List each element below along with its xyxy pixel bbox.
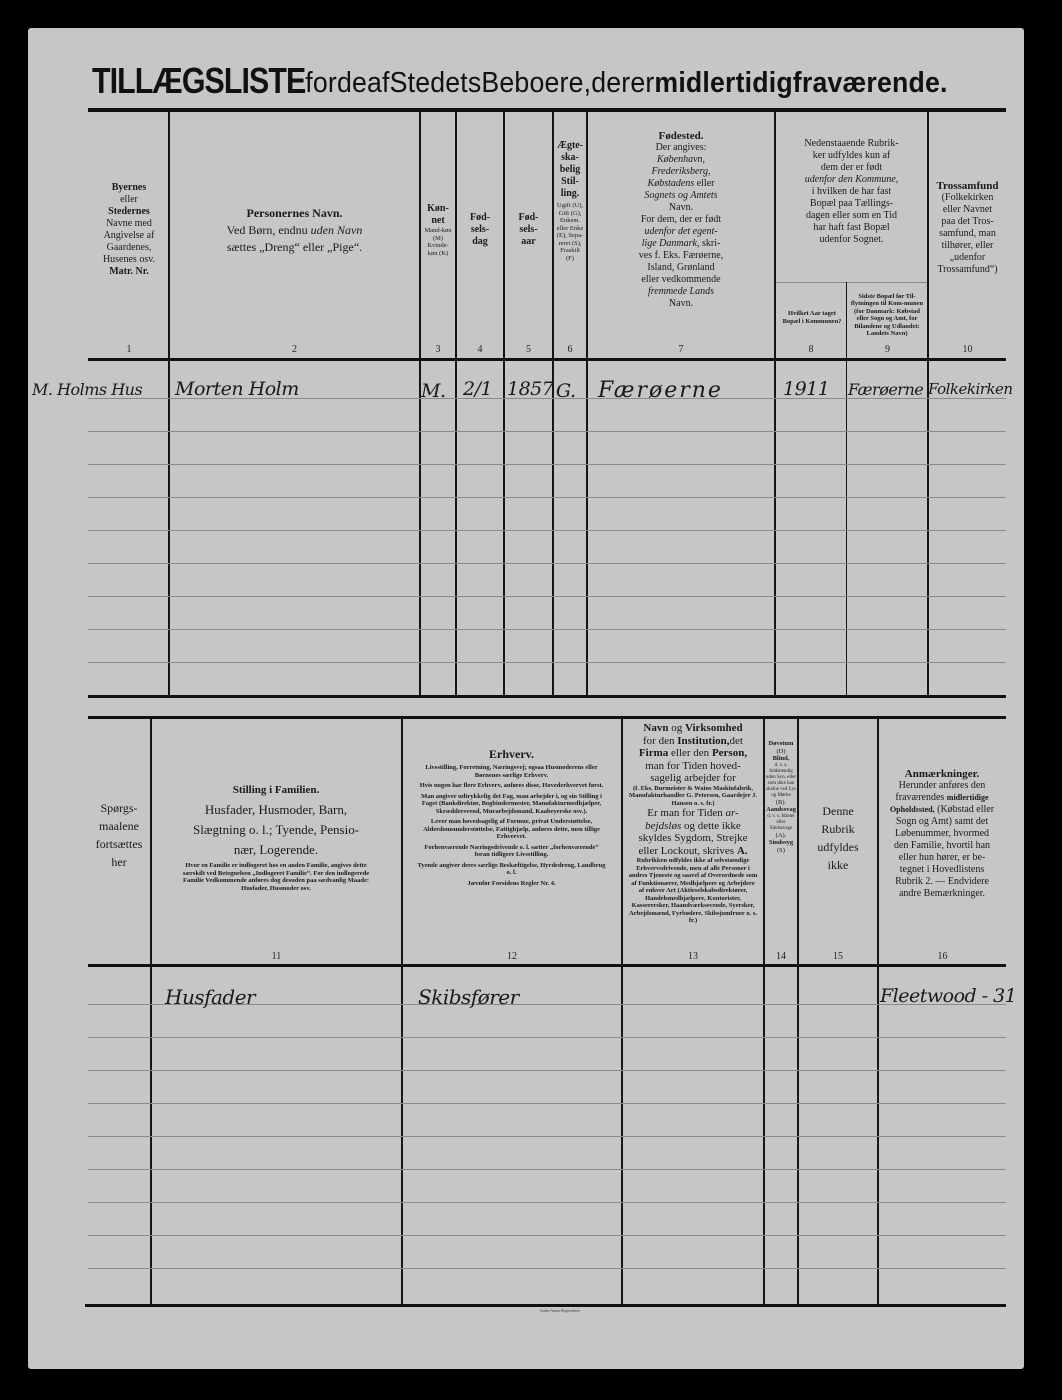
header-col3-sex: Køn- net Mand-køn (M) Kvinde-køn (K)	[421, 190, 455, 270]
cell-place[interactable]: M. Holms Hus	[32, 380, 142, 399]
column-number: 5	[505, 344, 552, 355]
cell-occupation[interactable]: Skibsfører	[418, 985, 519, 1009]
upper-header-bottom-rule	[88, 358, 1006, 361]
cell-marital[interactable]: G.	[556, 380, 576, 402]
column-number: 10	[929, 344, 1006, 355]
title-word: Beboere,	[481, 67, 591, 100]
header-col6-marital: Ægte- ska- belig Stil- ling. Ugift (U), …	[554, 140, 586, 330]
header-col1-place: Byernes eller Stedernes Navne med Angive…	[90, 165, 168, 295]
row-ruling	[88, 1103, 1006, 1104]
column-number: 7	[588, 344, 774, 355]
header-col9-prev-residence: Sidste Bopæl før Til-flytningen til Kom-…	[848, 285, 926, 345]
cell-year-moved[interactable]: 1911	[783, 378, 829, 400]
lower-header-bottom-rule	[88, 964, 1006, 967]
cell-family-position[interactable]: Husfader	[165, 985, 255, 1009]
column-number: 3	[421, 344, 455, 355]
header-col10-religion: Trossamfund (Folkekirken eller Navnet pa…	[929, 180, 1006, 290]
row-ruling	[88, 1202, 1006, 1203]
header-col2-name: Personernes Navn. Ved Børn, endnu uden N…	[170, 200, 419, 260]
cell-prev-residence[interactable]: Færøerne	[848, 380, 923, 399]
row-ruling	[88, 662, 1006, 663]
title-word: de	[337, 67, 367, 100]
col-divider	[150, 719, 152, 1306]
column-number: 4	[457, 344, 503, 355]
cell-religion[interactable]: Folkekirken	[928, 380, 1013, 398]
cell-birthplace[interactable]: Færøerne	[598, 378, 723, 403]
column-number: 1	[90, 344, 168, 355]
cell-name[interactable]: Morten Holm	[175, 378, 299, 400]
header-col15-not-filled: Denne Rubrik udfyldes ikke	[799, 800, 877, 875]
cell-remarks[interactable]: Fleetwood - 31	[880, 985, 1016, 1007]
row-ruling	[88, 1169, 1006, 1170]
form-title: TILLÆGSLISTE for de af Stedets Beboere, …	[92, 62, 943, 102]
title-word-midlertidig: midlertidig	[654, 67, 792, 100]
col-divider	[877, 719, 879, 1306]
row-ruling	[88, 1235, 1006, 1236]
row-ruling	[88, 1070, 1006, 1071]
row-ruling	[88, 530, 1006, 531]
subheader-rule-8-9	[775, 282, 928, 283]
cell-birth-year[interactable]: 1857	[507, 378, 553, 400]
header-questions-continue: Spørgs- maalene fortsættes her	[88, 790, 150, 880]
header-col8-year-moved: Hvilket Aar taget Bopæl i Kommunen?	[780, 295, 844, 340]
row-ruling	[88, 596, 1006, 597]
header-group-8-9: Nedenstaaende Rubrik- ker udfyldes kun a…	[776, 138, 927, 253]
header-col7-birthplace: Fødested. Der angives: København, Freder…	[588, 130, 774, 335]
title-word: Stedets	[390, 67, 482, 100]
col-divider	[621, 719, 623, 1306]
lower-table-bottom-rule	[85, 1304, 1006, 1307]
column-number: 11	[152, 951, 401, 962]
column-number: 9	[848, 344, 927, 355]
row-ruling	[88, 1037, 1006, 1038]
col-divider	[401, 719, 403, 1306]
title-word: for	[305, 67, 337, 100]
column-number: 6	[554, 344, 586, 355]
row-ruling	[88, 497, 1006, 498]
printer-mark: Sankt-Annæ Bogtrykkeri	[520, 1308, 600, 1313]
row-ruling	[88, 563, 1006, 564]
column-number: 16	[879, 951, 1006, 962]
col-divider	[846, 282, 847, 697]
header-col16-remarks: Anmærkninger. Herunder anføres den fravæ…	[880, 768, 1004, 918]
column-number: 12	[403, 951, 621, 962]
header-col13-employer: Navn og Virksomhed for den Institution,d…	[625, 722, 761, 952]
lower-table-top-rule	[88, 716, 1006, 719]
col-divider	[503, 112, 505, 697]
header-col5-birth-year: Fød- sels- aar	[505, 205, 552, 255]
title-rule	[88, 108, 1006, 112]
col-divider	[455, 112, 457, 697]
header-col12-occupation: Erhverv. Livsstilling, Forretning, Nærin…	[405, 748, 618, 938]
row-ruling	[88, 464, 1006, 465]
header-col4-birth-day: Fød- sels- dag	[457, 205, 503, 255]
title-word-fravaerende: fraværende.	[793, 67, 948, 100]
column-number: 14	[765, 951, 797, 962]
header-col11-family-position: Stilling i Familien. Husfader, Husmoder,…	[156, 780, 396, 890]
row-ruling	[88, 1136, 1006, 1137]
upper-table-bottom-rule	[88, 695, 1006, 698]
column-number: 2	[170, 344, 419, 355]
column-number: 15	[799, 951, 877, 962]
row-ruling	[88, 431, 1006, 432]
column-number: 8	[776, 344, 846, 355]
row-ruling	[88, 629, 1006, 630]
row-ruling	[88, 1268, 1006, 1269]
header-col14-disability: Døvstum (D) Blind, d. v. s. fuldstændig …	[765, 740, 797, 940]
title-word-tillaegsliste: TILLÆGSLISTE	[92, 60, 305, 102]
column-number: 13	[623, 951, 763, 962]
title-word: der	[591, 67, 630, 100]
cell-birth-day[interactable]: 2/1	[463, 378, 492, 400]
cell-sex[interactable]: M.	[421, 380, 446, 402]
title-word: er	[630, 67, 654, 100]
title-word: af	[367, 67, 390, 100]
